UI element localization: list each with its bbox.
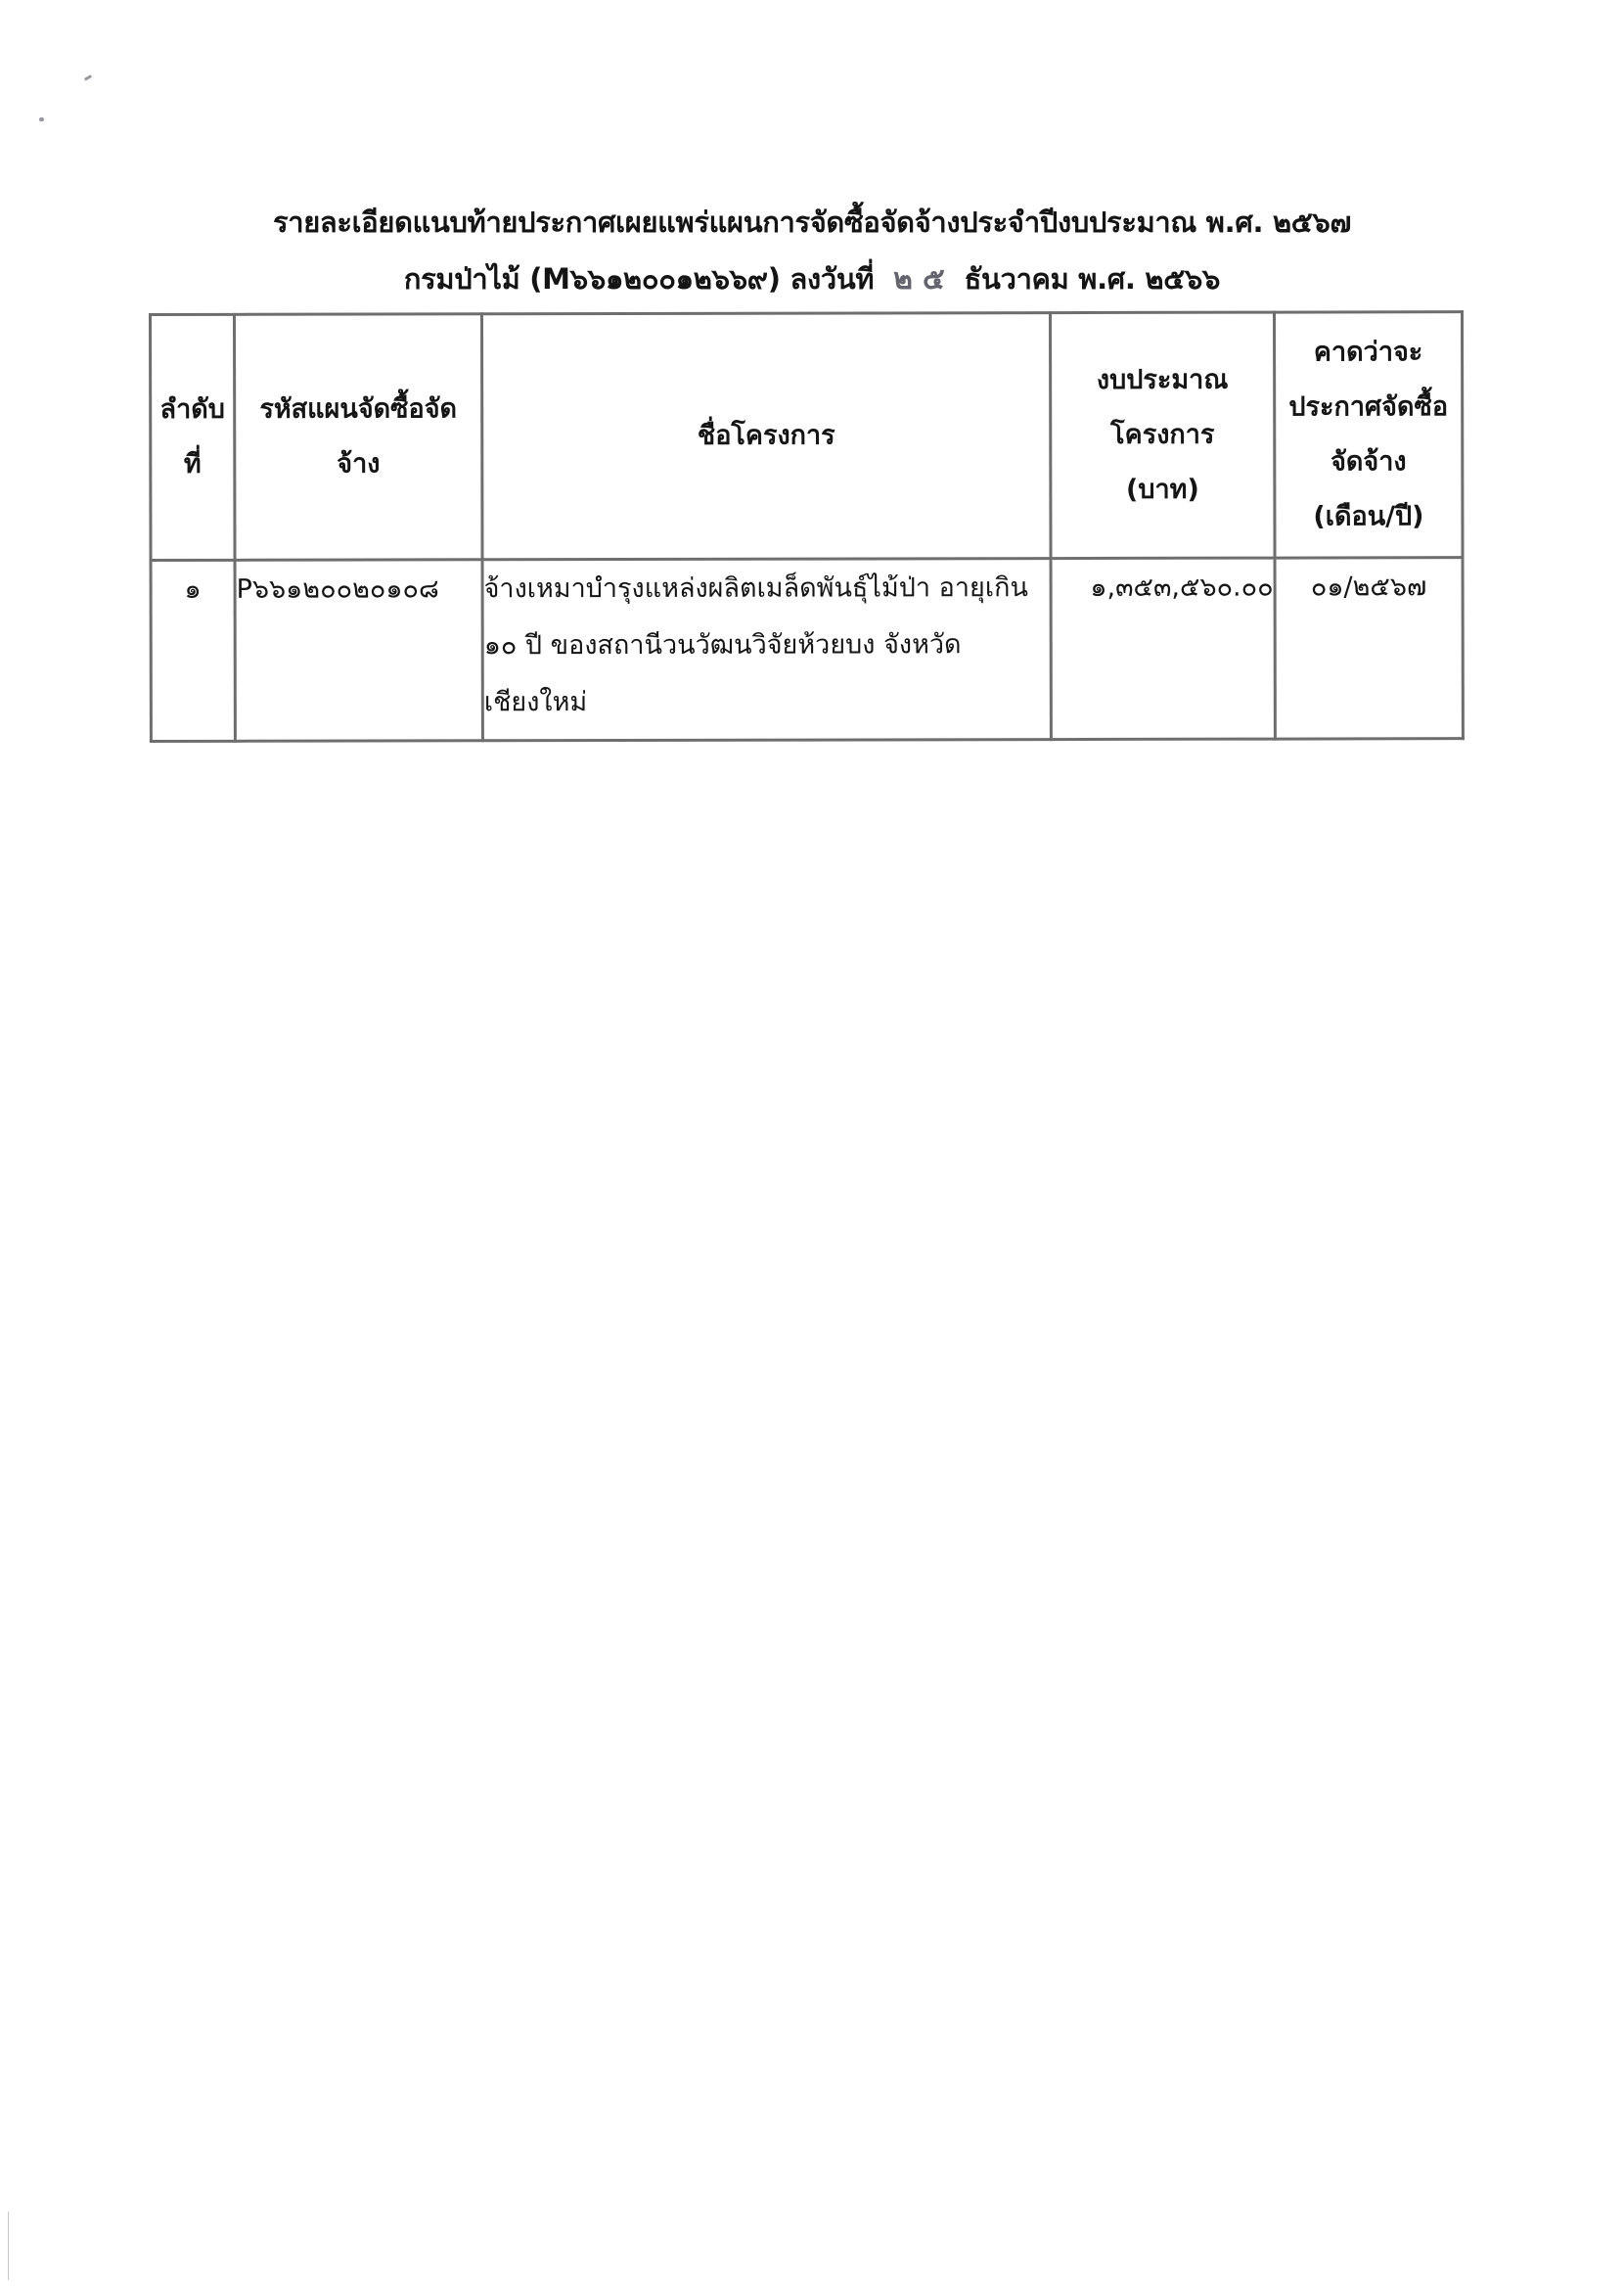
row-budget: ๑,๓๕๓,๕๖๐.๐๐ (1051, 558, 1275, 739)
table-header-row: ลำดับ ที่ รหัสแผนจัดซื้อจัด จ้าง ชื่อโคร… (151, 312, 1464, 561)
project-name-line: ๑๐ ปี ของสถานีวนวัฒนวิจัยห้วยบง จังหวัด (484, 617, 1050, 674)
subtitle-month-year: ธันวาคม พ.ศ. ๒๕๖๖ (965, 262, 1220, 296)
header-project-name: ชื่อโครงการ (482, 313, 1052, 560)
row-project-name: จ้างเหมาบำรุงแหล่งผลิตเมล็ดพันธุ์ไม้ป่า … (482, 559, 1051, 741)
header-index: ลำดับ ที่ (151, 314, 236, 560)
header-line: จัดจ้าง (1276, 435, 1461, 489)
scan-speck (84, 74, 92, 81)
header-line: (เดือน/ปี) (1276, 489, 1461, 544)
scan-speck (39, 117, 44, 121)
header-budget: งบประมาณ โครงการ (บาท) (1051, 312, 1276, 558)
row-index: ๑ (151, 560, 235, 741)
procurement-plan-table: ลำดับ ที่ รหัสแผนจัดซื้อจัด จ้าง ชื่อโคร… (149, 310, 1465, 743)
header-plan-code: รหัสแผนจัดซื้อจัด จ้าง (235, 314, 483, 561)
project-name-line: เชียงใหม่ (484, 673, 1050, 731)
header-line: รหัสแผนจัดซื้อจัด (236, 382, 480, 437)
header-line: คาดว่าจะ (1276, 325, 1461, 380)
header-line: ชื่อโครงการ (483, 408, 1049, 464)
header-line: ประกาศจัดซื้อ (1276, 380, 1461, 435)
handwritten-date-day: ๒๕ (893, 256, 954, 302)
document-subtitle: กรมป่าไม้ (M๖๖๑๒๐๐๑๒๖๖๙) ลงวันที่๒๕ธันวา… (0, 256, 1624, 302)
header-line: โครงการ (1052, 408, 1273, 463)
row-plan-code: P๖๖๑๒๐๐๒๐๑๐๘ (235, 560, 482, 742)
subtitle-agency-code: กรมป่าไม้ (M๖๖๑๒๐๐๑๒๖๖๙) ลงวันที่ (404, 262, 874, 296)
project-name-line: จ้างเหมาบำรุงแหล่งผลิตเมล็ดพันธุ์ไม้ป่า … (484, 560, 1050, 617)
table-row: ๑ P๖๖๑๒๐๐๒๐๑๐๘ จ้างเหมาบำรุงแหล่งผลิตเมล… (151, 558, 1463, 742)
header-line: จ้าง (236, 436, 480, 492)
header-line: งบประมาณ (1052, 353, 1273, 408)
row-expected-month: ๐๑/๒๕๖๗ (1275, 558, 1463, 739)
header-line: ลำดับ (152, 383, 233, 437)
document-title: รายละเอียดแนบท้ายประกาศเผยแพร่แผนการจัดซ… (0, 200, 1624, 245)
header-line: ที่ (152, 437, 233, 492)
scan-edge-mark (8, 2212, 9, 2280)
header-line: (บาท) (1052, 463, 1273, 518)
header-expected-month: คาดว่าจะ ประกาศจัดซื้อ จัดจ้าง (เดือน/ปี… (1275, 312, 1464, 558)
